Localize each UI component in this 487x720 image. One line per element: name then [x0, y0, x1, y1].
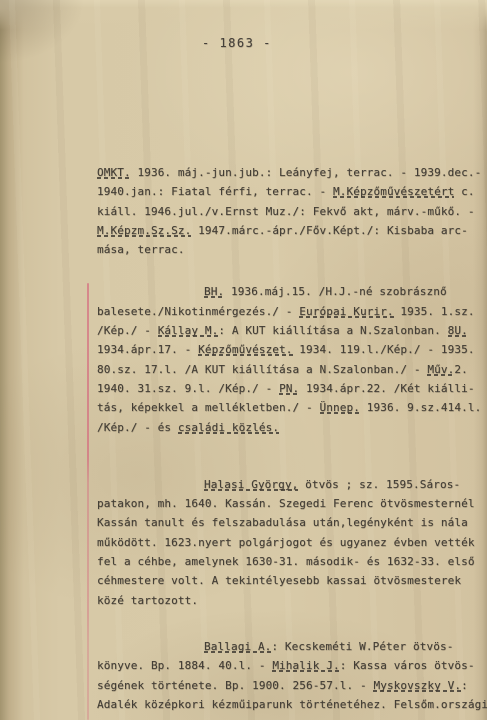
typed-line: fel a céhbe, amelynek 1630-31. második- …	[97, 552, 483, 571]
typed-text: 1934.ápr.22. /Két kiálli-	[299, 382, 474, 395]
typed-line: OMKT. 1936. máj.-jun.jub.: Leányfej, ter…	[97, 163, 483, 182]
underlined-text: Kállay M.	[158, 324, 219, 337]
typed-line: könyve. Bp. 1884. 40.l. - Mihalik J.: Ka…	[97, 656, 483, 675]
typed-text: : Kecskeméti W.Péter ötvös-	[271, 640, 453, 653]
typed-text: 2.	[454, 363, 468, 376]
typed-text: Adalék középkori kézműiparunk történetéh…	[97, 698, 487, 711]
underlined-text: M.Képzm.Sz.Sz.	[97, 224, 191, 237]
typed-text: 1936. 9.sz.414.l.	[360, 401, 481, 414]
typed-text: fel a céhbe, amelynek 1630-31. második- …	[97, 555, 475, 568]
typed-line: BH. 1936.máj.15. /H.J.-né szobrásznő	[97, 282, 483, 301]
typed-line: 1940.jan.: Fiatal férfi, terrac. - M.Kép…	[97, 182, 483, 201]
underlined-text: Mihalik J.	[272, 659, 339, 672]
typed-line: /Kép./ - Kállay M.: A KUT kiállítása a N…	[97, 321, 483, 340]
typed-text: /Kép./ - és	[97, 421, 178, 434]
underlined-text: OMKT.	[97, 166, 131, 179]
underlined-text: Ballagi A.	[204, 640, 271, 653]
typed-line: ségének története. Bp. 1900. 256-57.l. -…	[97, 676, 483, 695]
typed-text: Kassán tanult és felszabadulása után,leg…	[97, 516, 468, 529]
paragraph: Ballagi A.: Kecskeméti W.Péter ötvös-kön…	[97, 637, 483, 714]
typed-line: tás, képekkel a mellékletben./ - Ünnep. …	[97, 398, 483, 417]
paragraph: BH. 1936.máj.15. /H.J.-né szobrásznőbale…	[97, 282, 483, 436]
underlined-text: Európai Kurir.	[299, 305, 393, 318]
typed-text: 1940.jan.: Fiatal férfi, terrac. -	[97, 185, 333, 198]
typed-text-block: OMKT. 1936. máj.-jun.jub.: Leányfej, ter…	[97, 163, 483, 714]
underlined-text: családi közlés.	[178, 421, 279, 434]
typed-text: : A KUT kiállítása a N.Szalonban.	[218, 324, 447, 337]
typed-text: :	[461, 679, 468, 692]
typed-text: /Kép./ -	[97, 324, 158, 337]
typed-text: c.	[454, 185, 474, 198]
typed-line: balesete./Nikotinmérgezés./ - Európai Ku…	[97, 302, 483, 321]
typed-text: könyve. Bp. 1884. 40.l. -	[97, 659, 272, 672]
typed-line: /Kép./ - és családi közlés.	[97, 418, 483, 437]
paragraph: Halasi György, ötvös ; sz. 1595.Sáros-pa…	[97, 475, 483, 610]
typed-line: patakon, mh. 1640. Kassán. Szegedi Feren…	[97, 494, 483, 513]
typed-text: 1936. máj.-jun.jub.: Leányfej, terrac. -…	[131, 166, 482, 179]
typed-line: 1940. 31.sz. 9.l. /Kép./ - PN. 1934.ápr.…	[97, 379, 483, 398]
typed-line: közé tartozott.	[97, 591, 483, 610]
typed-text: 1934.ápr.17. -	[97, 343, 198, 356]
typed-text: ötvös ; sz. 1595.Sáros-	[298, 478, 460, 491]
underlined-text: BH.	[204, 285, 224, 298]
underlined-text: Ünnep.	[320, 401, 360, 414]
typed-text: kiáll. 1946.jul./v.Ernst Muz./: Fekvő ak…	[97, 205, 475, 218]
typed-line: Ballagi A.: Kecskeméti W.Péter ötvös-	[97, 637, 483, 656]
typed-text: 1935. 1.sz.	[394, 305, 475, 318]
paragraph: OMKT. 1936. máj.-jun.jub.: Leányfej, ter…	[97, 163, 483, 259]
typed-text: : Kassa város ötvös-	[340, 659, 475, 672]
typed-text: ségének története. Bp. 1900. 256-57.l. -	[97, 679, 373, 692]
underlined-text: Képzőművészet.	[198, 343, 292, 356]
underlined-text: Halasi György,	[204, 478, 298, 491]
typed-text: 1947.márc.-ápr./Főv.Képt./: Kisbaba arc-	[191, 224, 467, 237]
typed-line: 80.sz. 17.l. /A KUT kiállítása a N.Szalo…	[97, 360, 483, 379]
typed-line: mása, terrac.	[97, 240, 483, 259]
typed-text: balesete./Nikotinmérgezés./ -	[97, 305, 299, 318]
underlined-text: M.Képzőművészetért	[333, 185, 454, 198]
typed-text: 1934. 119.l./Kép./ - 1935.	[293, 343, 475, 356]
typed-line: M.Képzm.Sz.Sz. 1947.márc.-ápr./Főv.Képt.…	[97, 221, 483, 240]
typed-line: 1934.ápr.17. - Képzőművészet. 1934. 119.…	[97, 340, 483, 359]
typed-line: Halasi György, ötvös ; sz. 1595.Sáros-	[97, 475, 483, 494]
typed-text: céhmestere volt. A tekintélyesebb kassai…	[97, 574, 461, 587]
typed-text: működött. 1623.nyert polgárjogot és ugya…	[97, 536, 475, 549]
typed-text: közé tartozott.	[97, 594, 198, 607]
typed-line: működött. 1623.nyert polgárjogot és ugya…	[97, 533, 483, 552]
page-number: - 1863 -	[202, 36, 272, 50]
typed-text: 1940. 31.sz. 9.l. /Kép./ -	[97, 382, 279, 395]
underlined-text: Myskovszky V.	[373, 679, 461, 692]
document-page: - 1863 - OMKT. 1936. máj.-jun.jub.: Leán…	[0, 0, 487, 720]
red-margin-line	[87, 283, 89, 720]
underlined-text: 8U.	[448, 324, 468, 337]
typed-text: patakon, mh. 1640. Kassán. Szegedi Feren…	[97, 497, 475, 510]
typed-line: kiáll. 1946.jul./v.Ernst Muz./: Fekvő ak…	[97, 202, 483, 221]
underlined-text: Műv.	[427, 363, 454, 376]
typed-text: tás, képekkel a mellékletben./ -	[97, 401, 320, 414]
typed-text: 80.sz. 17.l. /A KUT kiállítása a N.Szalo…	[97, 363, 427, 376]
typed-text: mása, terrac.	[97, 243, 185, 256]
typed-line: céhmestere volt. A tekintélyesebb kassai…	[97, 571, 483, 590]
typed-line: Kassán tanult és felszabadulása után,leg…	[97, 513, 483, 532]
typed-text: 1936.máj.15. /H.J.-né szobrásznő	[224, 285, 447, 298]
underlined-text: PN.	[279, 382, 299, 395]
typed-line: Adalék középkori kézműiparunk történetéh…	[97, 695, 483, 714]
